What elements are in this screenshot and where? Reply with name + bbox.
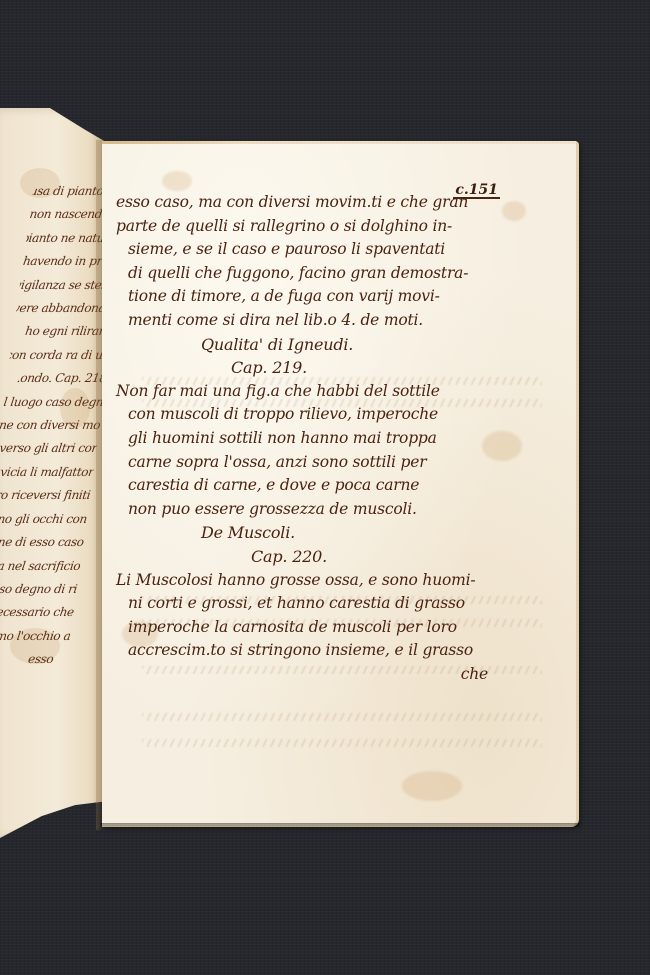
text-line: tione di timore, a de fuga con varij mov… (116, 285, 536, 309)
bleed-through (142, 713, 542, 721)
left-page-catchword: esso (0, 648, 69, 671)
manuscript-text: esso caso, ma con diversi movim.ti e che… (116, 191, 536, 686)
left-facing-page: an causa di pianto e pri l'altro non nas… (0, 108, 104, 838)
text-line: carne sopra l'ossa, anzi sono sottili pe… (116, 451, 536, 475)
right-manuscript-page: c.151 esso caso, ma con diversi movim.ti… (102, 141, 579, 827)
foxing-spot (402, 771, 462, 801)
text-line: menti come si dira nel lib.o 4. de moti. (116, 309, 536, 333)
text-line: Li Muscolosi hanno grosse ossa, e sono h… (116, 569, 536, 593)
text-line: esso caso, ma con diversi movim.ti e che… (116, 191, 536, 215)
text-line: sieme, e se il caso e pauroso li spavent… (116, 238, 536, 262)
left-page-line: ome necessario che (0, 601, 75, 624)
left-page-line: e caso degno di ri (0, 578, 79, 601)
text-line: ni corti e grossi, et hanno carestia di … (116, 592, 536, 616)
text-line: parte de quelli si rallegrino o si dolgh… (116, 215, 536, 239)
text-line: accrescim.to si stringono insieme, e il … (116, 639, 536, 663)
left-page-line: eredittione di esso caso (0, 531, 85, 554)
bleed-through (142, 739, 542, 747)
left-page-line: ondo. Cap. 218. (5, 367, 108, 390)
text-line: carestia di carne, e dove e poca carne (116, 474, 536, 498)
foxing-spot (162, 171, 192, 191)
left-page-line: stria pravicia li malfattor (0, 461, 95, 484)
text-line: Non far mai una fig.a che habbi del sott… (116, 380, 536, 404)
left-page-line: estimo l'occhio a (0, 625, 72, 648)
left-page-line: do di loro riceversi finiti (0, 484, 92, 507)
text-line: con muscoli di troppo rilievo, imperoche (116, 403, 536, 427)
chapter-number: Cap. 219. (116, 356, 536, 380)
chapter-number: Cap. 220. (116, 545, 536, 569)
left-page-line: e lodia nel sacrificio (0, 555, 82, 578)
text-line: imperoche la carnosita de muscoli per lo… (116, 616, 536, 640)
left-page-line: rmune con diversi mo (0, 414, 102, 437)
section-heading: De Muscoli. (116, 521, 536, 545)
left-page-line: o di quel luogo caso degn (2, 391, 105, 414)
text-line: non puo essere grossezza de muscoli. (116, 498, 536, 522)
section-heading: Qualita' di Igneudi. (116, 333, 536, 357)
text-line: di quelli che fuggono, facino gran demos… (116, 262, 536, 286)
page-shadow (100, 823, 580, 829)
left-page-line: e che verso gli altri cor (0, 437, 98, 460)
left-page-line: divrizano gli occhi con (0, 508, 88, 531)
text-line: gli huomini sottili non hanno mai troppa (116, 427, 536, 451)
catchword: che (116, 663, 536, 687)
